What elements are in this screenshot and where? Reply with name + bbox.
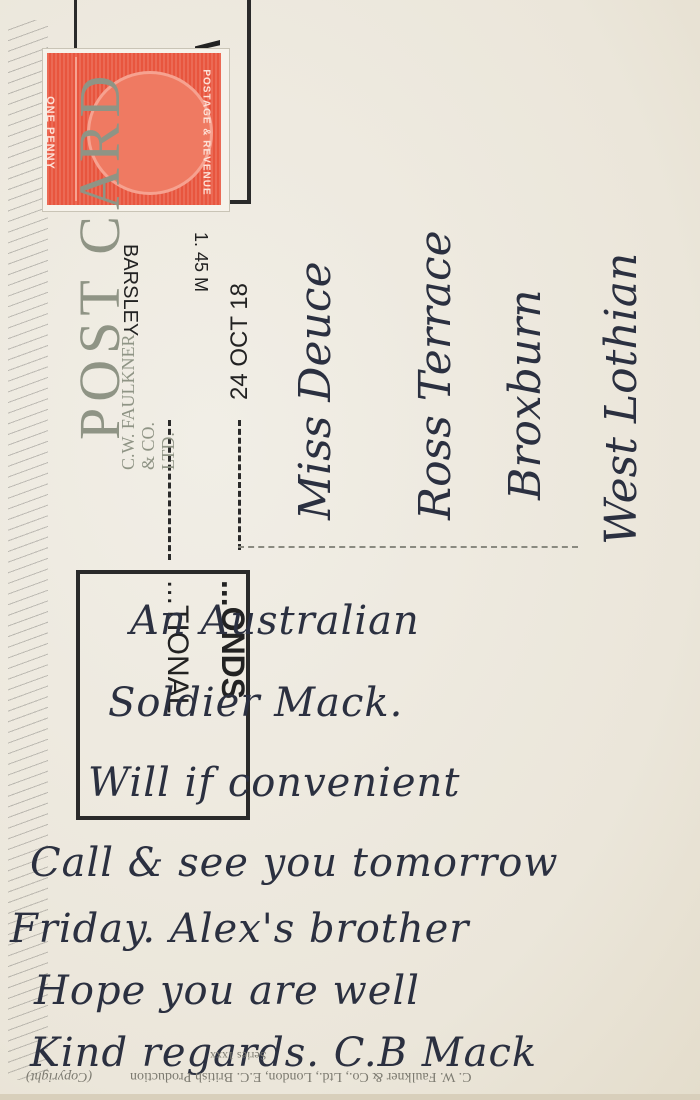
series-number: Series 1xxx bbox=[210, 1048, 266, 1063]
postmark-date: 24 OCT 18 bbox=[226, 283, 254, 400]
address-line-2: Ross Terrace bbox=[410, 230, 461, 520]
postmark-time: 1. 45 M bbox=[190, 232, 211, 292]
address-divider-line bbox=[238, 546, 578, 548]
message-line-5: Friday. Alex's brother bbox=[10, 906, 469, 952]
message-line-6: Hope you are well bbox=[34, 968, 420, 1014]
postmark-wavy-line bbox=[238, 420, 241, 550]
address-line-4: West Lothian bbox=[596, 253, 647, 545]
message-line-3: Will if convenient bbox=[88, 760, 460, 806]
publisher-imprint: C. W. Faulkner & Co., Ltd., London, E.C.… bbox=[130, 1068, 471, 1084]
copyright-notice: (Copyright) bbox=[26, 1068, 92, 1084]
message-line-2: Soldier Mack. bbox=[108, 680, 403, 726]
message-line-1: An Australian bbox=[130, 598, 420, 644]
message-line-4: Call & see you tomorrow bbox=[30, 840, 559, 886]
postcard-back: WAR BO ONE PENNY POSTAGE & REVENUE BARSL… bbox=[0, 0, 700, 1100]
stamp-denomination: ONE PENNY bbox=[44, 96, 56, 170]
stamp-side-text: POSTAGE & REVENUE bbox=[200, 69, 211, 195]
card-edge bbox=[0, 1094, 700, 1100]
publisher-logo: C.W. FAULKNER & CO. LTD. bbox=[118, 334, 178, 470]
address-line-3: Broxburn bbox=[500, 289, 551, 500]
address-line-1: Miss Deuce bbox=[290, 261, 341, 520]
